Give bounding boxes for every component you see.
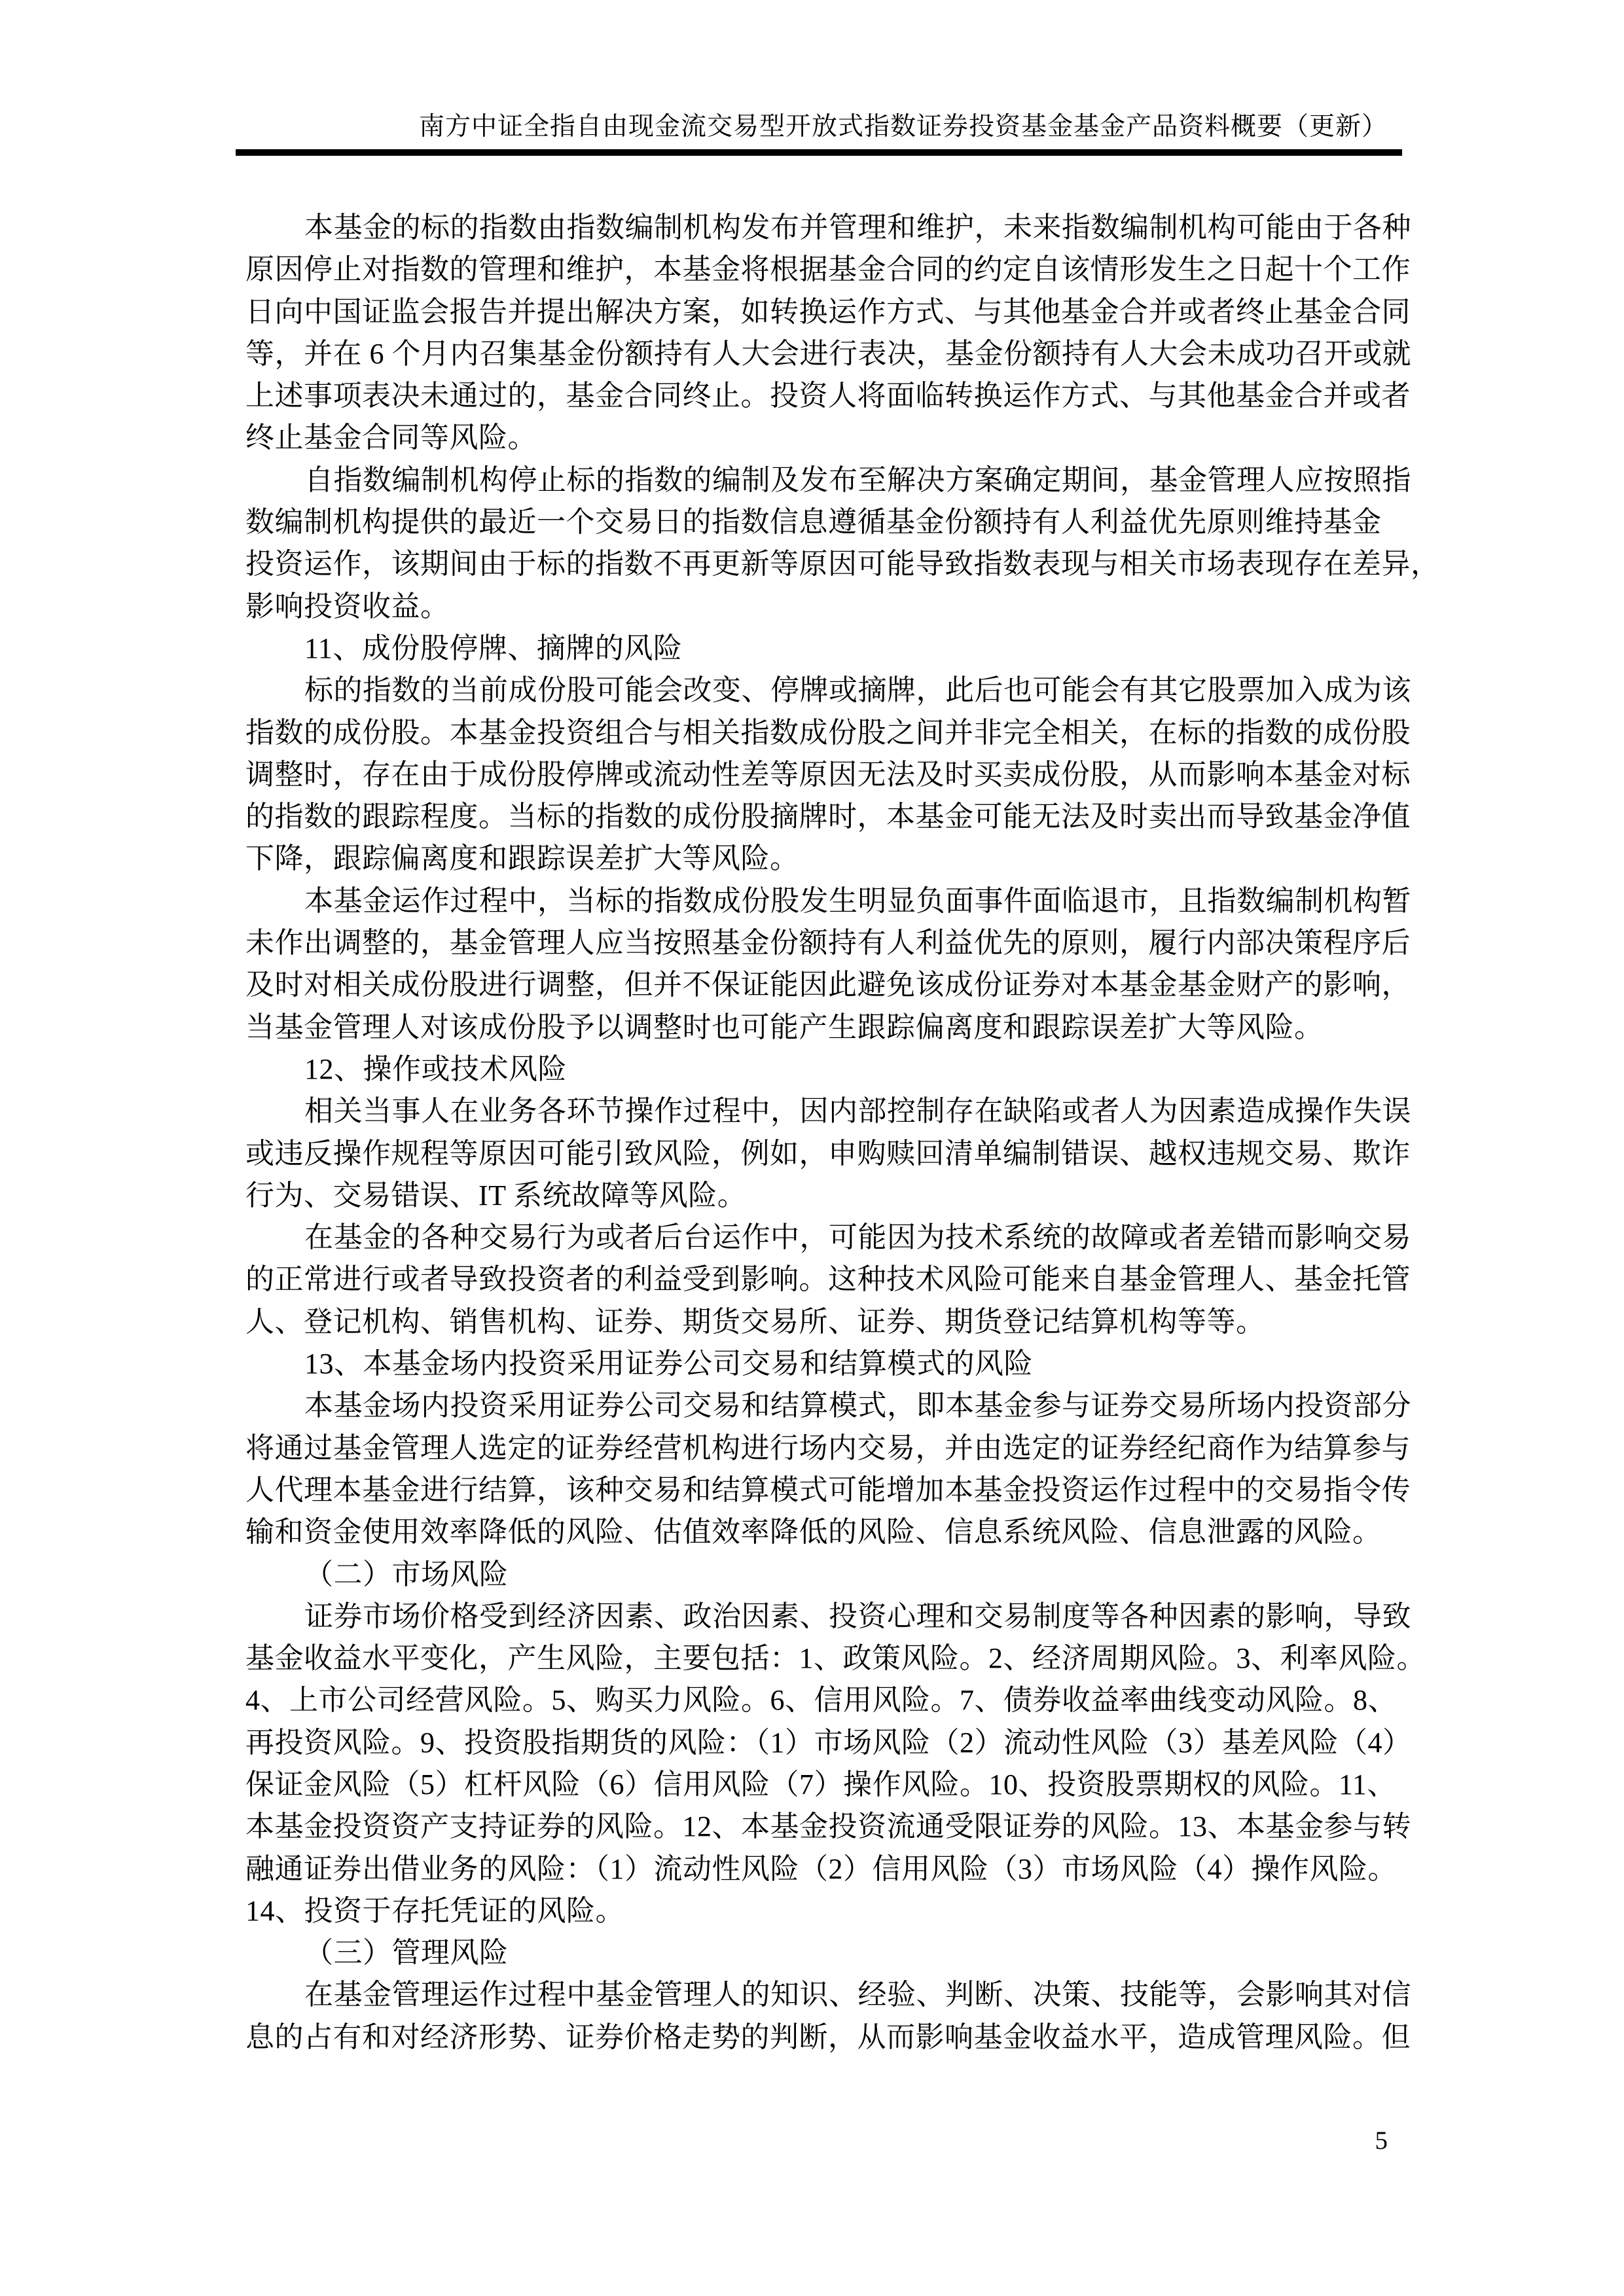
page-footer: 5	[245, 2126, 1407, 2155]
body-line: 等，并在 6 个月内召集基金份额持有人大会进行表决，基金份额持有人大会未成功召开…	[245, 333, 1415, 375]
body-line: （二）市场风险	[245, 1554, 1415, 1596]
body-line: 上述事项表决未通过的，基金合同终止。投资人将面临转换运作方式、与其他基金合并或者	[245, 375, 1415, 417]
body-line: 调整时，存在由于成份股停牌或流动性差等原因无法及时买卖成份股，从而影响本基金对标	[245, 754, 1415, 796]
body-line: 的指数的跟踪程度。当标的指数的成份股摘牌时，本基金可能无法及时卖出而导致基金净值	[245, 796, 1415, 838]
body-line: 13、本基金场内投资采用证券公司交易和结算模式的风险	[245, 1343, 1415, 1385]
body-line: 人代理本基金进行结算，该种交易和结算模式可能增加本基金投资运作过程中的交易指令传	[245, 1469, 1415, 1511]
body-line: 11、成份股停牌、摘牌的风险	[245, 628, 1415, 670]
body-line: 终止基金合同等风险。	[245, 417, 1415, 459]
body-line: 人、登记机构、销售机构、证券、期货交易所、证券、期货登记结算机构等等。	[245, 1301, 1415, 1343]
body-line: 本基金场内投资采用证券公司交易和结算模式，即本基金参与证券交易所场内投资部分	[245, 1385, 1415, 1427]
body-line: 的正常进行或者导致投资者的利益受到影响。这种技术风险可能来自基金管理人、基金托管	[245, 1259, 1415, 1300]
body-line: 证券市场价格受到经济因素、政治因素、投资心理和交易制度等各种因素的影响，导致	[245, 1596, 1415, 1638]
body-line: 本基金运作过程中，当标的指数成份股发生明显负面事件面临退市，且指数编制机构暂	[245, 880, 1415, 922]
body-line: 12、操作或技术风险	[245, 1049, 1415, 1090]
body-line: 或违反操作规程等原因可能引致风险，例如，申购赎回清单编制错误、越权违规交易、欺诈	[245, 1133, 1415, 1175]
body-line: 原因停止对指数的管理和维护，本基金将根据基金合同的约定自该情形发生之日起十个工作	[245, 249, 1415, 291]
body-line: 下降，跟踪偏离度和跟踪误差扩大等风险。	[245, 838, 1415, 880]
document-body: 本基金的标的指数由指数编制机构发布并管理和维护，未来指数编制机构可能由于各种原因…	[245, 207, 1415, 2058]
body-line: 输和资金使用效率降低的风险、估值效率降低的风险、信息系统风险、信息泄露的风险。	[245, 1511, 1415, 1553]
body-line: 息的占有和对经济形势、证券价格走势的判断，从而影响基金收益水平，造成管理风险。但	[245, 2017, 1415, 2058]
body-line: 在基金的各种交易行为或者后台运作中，可能因为技术系统的故障或者差错而影响交易	[245, 1217, 1415, 1259]
page-header-title: 南方中证全指自由现金流交易型开放式指数证券投资基金基金产品资料概要（更新）	[245, 110, 1388, 144]
body-line: 影响投资收益。	[245, 586, 1415, 628]
body-line: 4、上市公司经营风险。5、购买力风险。6、信用风险。7、债券收益率曲线变动风险。…	[245, 1679, 1415, 1721]
header-rule	[236, 149, 1402, 156]
body-line: 在基金管理运作过程中基金管理人的知识、经验、判断、决策、技能等，会影响其对信	[245, 1974, 1415, 2016]
body-line: 基金收益水平变化，产生风险，主要包括：1、政策风险。2、经济周期风险。3、利率风…	[245, 1638, 1415, 1679]
body-line: 本基金的标的指数由指数编制机构发布并管理和维护，未来指数编制机构可能由于各种	[245, 207, 1415, 249]
body-line: 指数的成份股。本基金投资组合与相关指数成份股之间并非完全相关，在标的指数的成份股	[245, 712, 1415, 754]
body-line: （三）管理风险	[245, 1932, 1415, 1974]
body-line: 当基金管理人对该成份股予以调整时也可能产生跟踪偏离度和跟踪误差扩大等风险。	[245, 1007, 1415, 1049]
body-line: 行为、交易错误、IT 系统故障等风险。	[245, 1175, 1415, 1217]
document-page: 南方中证全指自由现金流交易型开放式指数证券投资基金基金产品资料概要（更新） 本基…	[0, 0, 1624, 2296]
body-line: 14、投资于存托凭证的风险。	[245, 1890, 1415, 1932]
body-line: 数编制机构提供的最近一个交易日的指数信息遵循基金份额持有人利益优先原则维持基金	[245, 501, 1415, 543]
body-line: 投资运作，该期间由于标的指数不再更新等原因可能导致指数表现与相关市场表现存在差异…	[245, 543, 1415, 585]
body-line: 融通证券出借业务的风险：（1）流动性风险（2）信用风险（3）市场风险（4）操作风…	[245, 1848, 1415, 1890]
body-line: 日向中国证监会报告并提出解决方案，如转换运作方式、与其他基金合并或者终止基金合同	[245, 291, 1415, 333]
page-number: 5	[1375, 2126, 1388, 2155]
body-line: 保证金风险（5）杠杆风险（6）信用风险（7）操作风险。10、投资股票期权的风险。…	[245, 1764, 1415, 1806]
body-line: 再投资风险。9、投资股指期货的风险：（1）市场风险（2）流动性风险（3）基差风险…	[245, 1722, 1415, 1764]
body-line: 将通过基金管理人选定的证券经营机构进行场内交易，并由选定的证券经纪商作为结算参与	[245, 1427, 1415, 1469]
body-line: 自指数编制机构停止标的指数的编制及发布至解决方案确定期间，基金管理人应按照指	[245, 459, 1415, 501]
body-line: 标的指数的当前成份股可能会改变、停牌或摘牌，此后也可能会有其它股票加入成为该	[245, 670, 1415, 711]
body-line: 未作出调整的，基金管理人应当按照基金份额持有人利益优先的原则，履行内部决策程序后	[245, 922, 1415, 964]
body-line: 相关当事人在业务各环节操作过程中，因内部控制存在缺陷或者人为因素造成操作失误	[245, 1090, 1415, 1132]
body-line: 及时对相关成份股进行调整，但并不保证能因此避免该成份证券对本基金基金财产的影响，	[245, 964, 1415, 1006]
body-line: 本基金投资资产支持证券的风险。12、本基金投资流通受限证券的风险。13、本基金参…	[245, 1806, 1415, 1848]
